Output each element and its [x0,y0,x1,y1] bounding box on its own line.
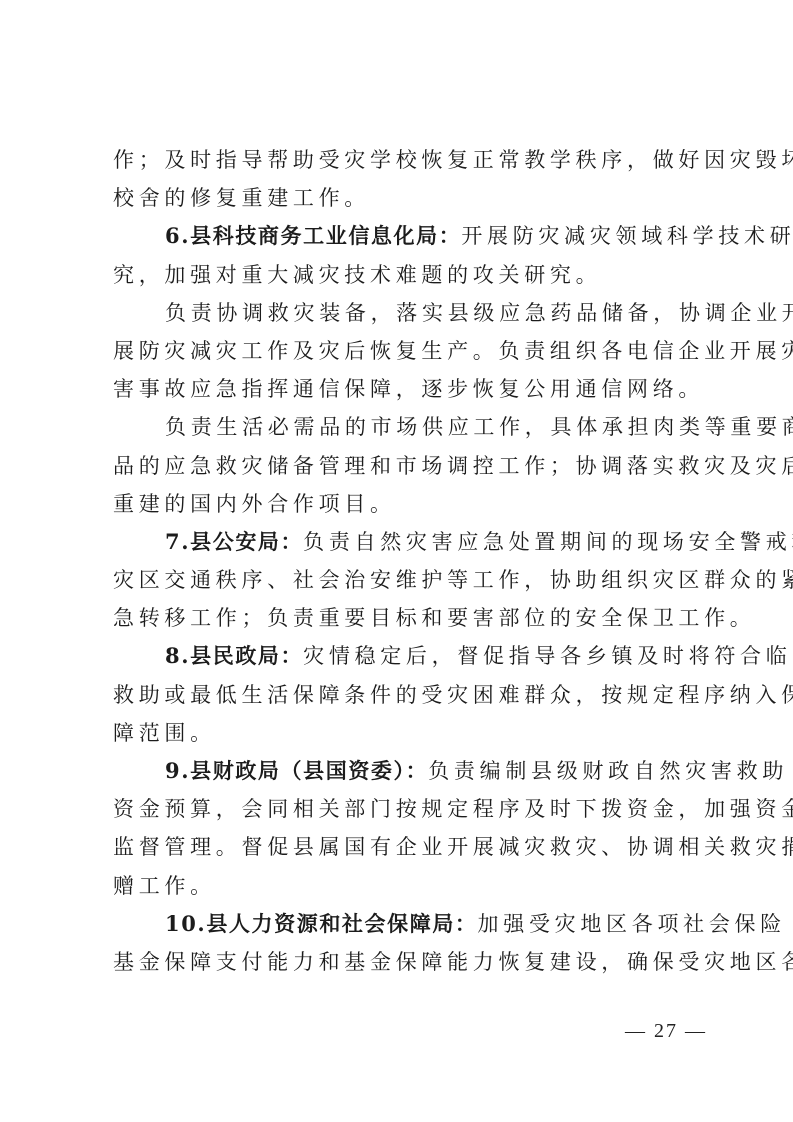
line-text: 赠工作。 [113,874,216,898]
line-text: 开展防灾减灾领域科学技术研 [461,224,793,248]
section-heading-8: 8.县民政局： [165,643,303,668]
line-text: 重建的国内外合作项目。 [113,492,396,516]
text-line: 赠工作。 [113,867,693,905]
section-heading-line: 8.县民政局：灾情稳定后，督促指导各乡镇及时将符合临时 [113,637,693,675]
document-body: 作；及时指导帮助受灾学校恢复正常教学秩序，做好因灾毁坏 校舍的修复重建工作。 6… [113,141,693,981]
text-line: 重建的国内外合作项目。 [113,485,693,523]
text-line: 障范围。 [113,714,693,752]
section-heading-10: 10.县人力资源和社会保障局： [165,911,478,936]
line-text: 负责自然灾害应急处置期间的现场安全警戒和 [303,530,793,554]
line-text: 监督管理。督促县属国有企业开展减灾救灾、协调相关救灾捐 [113,835,793,859]
page-number: — 27 — [625,1020,707,1043]
section-heading-line: 7.县公安局：负责自然灾害应急处置期间的现场安全警戒和 [113,523,693,561]
section-heading-line: 9.县财政局（县国资委）：负责编制县级财政自然灾害救助 [113,752,693,790]
section-heading-7: 7.县公安局： [165,529,303,554]
line-text: 障范围。 [113,721,216,745]
line-text: 灾区交通秩序、社会治安维护等工作，协助组织灾区群众的紧 [113,568,793,592]
text-line: 作；及时指导帮助受灾学校恢复正常教学秩序，做好因灾毁坏 [113,141,693,179]
text-line: 基金保障支付能力和基金保障能力恢复建设，确保受灾地区各 [113,943,693,981]
paragraph-start-line: 负责协调救灾装备，落实县级应急药品储备，协调企业开 [113,294,693,332]
paragraph-start-line: 负责生活必需品的市场供应工作，具体承担肉类等重要商 [113,408,693,446]
line-text: 校舍的修复重建工作。 [113,186,370,210]
line-text: 救助或最低生活保障条件的受灾困难群众，按规定程序纳入保 [113,683,793,707]
line-text: 害事故应急指挥通信保障，逐步恢复公用通信网络。 [113,377,704,401]
section-heading-9: 9.县财政局（县国资委）： [165,758,428,783]
line-text: 究，加强对重大减灾技术难题的攻关研究。 [113,263,601,287]
line-text: 加强受灾地区各项社会保险 [478,912,786,936]
line-text: 品的应急救灾储备管理和市场调控工作；协调落实救灾及灾后 [113,454,793,478]
line-text: 急转移工作；负责重要目标和要害部位的安全保卫工作。 [113,606,756,630]
section-heading-line: 10.县人力资源和社会保障局：加强受灾地区各项社会保险 [113,905,693,943]
line-text: 展防灾减灾工作及灾后恢复生产。负责组织各电信企业开展灾 [113,339,793,363]
text-line: 监督管理。督促县属国有企业开展减灾救灾、协调相关救灾捐 [113,828,693,866]
line-text: 负责协调救灾装备，落实县级应急药品储备，协调企业开 [165,301,793,325]
line-text: 资金预算，会同相关部门按规定程序及时下拨资金，加强资金 [113,797,793,821]
text-line: 急转移工作；负责重要目标和要害部位的安全保卫工作。 [113,599,693,637]
text-line: 害事故应急指挥通信保障，逐步恢复公用通信网络。 [113,370,693,408]
line-text: 负责编制县级财政自然灾害救助 [428,759,788,783]
line-text: 灾情稳定后，督促指导各乡镇及时将符合临时 [303,644,793,668]
text-line: 灾区交通秩序、社会治安维护等工作，协助组织灾区群众的紧 [113,561,693,599]
text-line: 资金预算，会同相关部门按规定程序及时下拨资金，加强资金 [113,790,693,828]
section-heading-line: 6.县科技商务工业信息化局：开展防灾减灾领域科学技术研 [113,217,693,255]
text-line: 校舍的修复重建工作。 [113,179,693,217]
text-line: 救助或最低生活保障条件的受灾困难群众，按规定程序纳入保 [113,676,693,714]
text-line: 究，加强对重大减灾技术难题的攻关研究。 [113,256,693,294]
line-text: 基金保障支付能力和基金保障能力恢复建设，确保受灾地区各 [113,950,793,974]
line-text: 作；及时指导帮助受灾学校恢复正常教学秩序，做好因灾毁坏 [113,148,793,172]
text-line: 品的应急救灾储备管理和市场调控工作；协调落实救灾及灾后 [113,447,693,485]
section-heading-6: 6.县科技商务工业信息化局： [165,223,461,248]
line-text: 负责生活必需品的市场供应工作，具体承担肉类等重要商 [165,415,793,439]
text-line: 展防灾减灾工作及灾后恢复生产。负责组织各电信企业开展灾 [113,332,693,370]
